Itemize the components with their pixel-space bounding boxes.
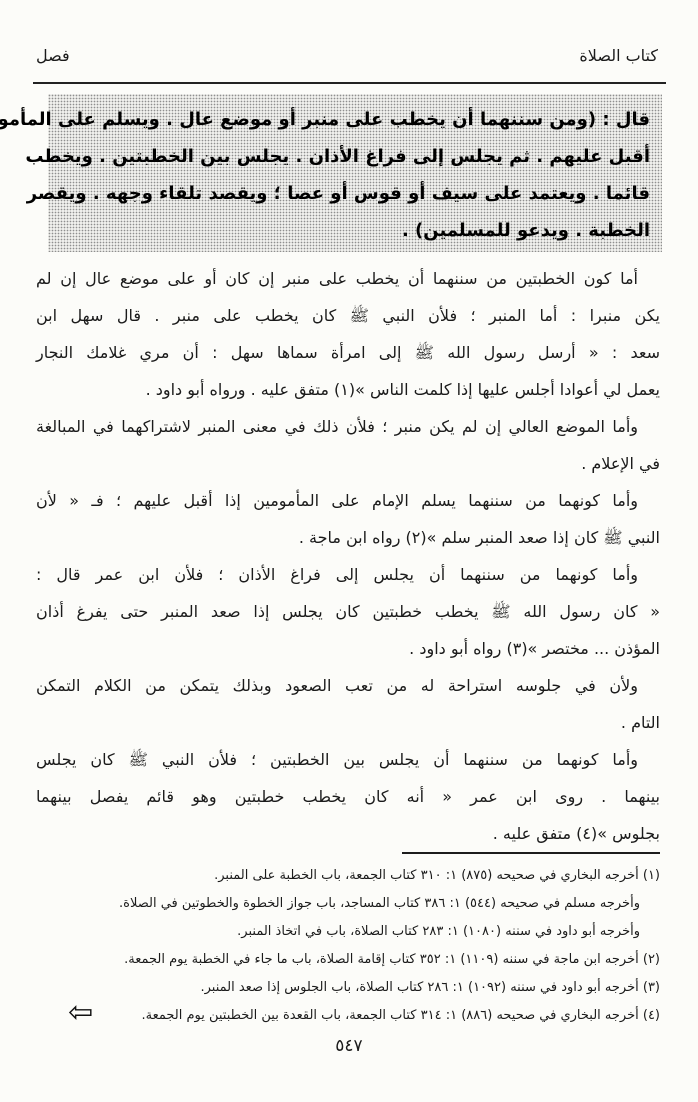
body-line: وأما كونهما من سننهما يسلم الإمام على ال…: [36, 482, 660, 519]
page-header: كتاب الصلاة فصل: [36, 46, 658, 65]
footnote-line: (٣) أخرجه أبو داود في سننه (١٠٩٢) ١: ٢٨٦…: [36, 974, 660, 1002]
book-title: كتاب الصلاة: [579, 46, 658, 65]
footnote-separator: [402, 852, 660, 854]
body-line: النبي ﷺ كان إذا صعد المنبر سلم »(٢) رواه…: [36, 519, 660, 556]
footnote-line: (٢) أخرجه ابن ماجة في سننه (١١٠٩) ١: ٣٥٢…: [36, 946, 660, 974]
commentary-text: أما كون الخطبتين من سننهما أن يخطب على م…: [36, 260, 660, 852]
footnote-line: وأخرجه مسلم في صحيحه (٥٤٤) ١: ٣٨٦ كتاب ا…: [36, 890, 660, 918]
body-line: بجلوس »(٤) متفق عليه .: [36, 815, 660, 852]
body-line: التام .: [36, 704, 660, 741]
body-line: المؤذن ... مختصر »(٣) رواه أبو داود .: [36, 630, 660, 667]
body-line: « كان رسول الله ﷺ يخطب خطبتين كان يجلس إ…: [36, 593, 660, 630]
matn-line: قائما . ويعتمد على سيف أو قوس أو عصا ؛ و…: [60, 175, 650, 212]
footnote-line: (٤) أخرجه البخاري في صحيحه (٨٨٦) ١: ٣١٤ …: [36, 1002, 660, 1030]
body-line: يعمل لي أعوادا أجلس عليها إذا كلمت الناس…: [36, 371, 660, 408]
matn-line: قال : (ومن سننهما أن يخطب على منبر أو مو…: [60, 101, 650, 138]
body-line: سعد : « أرسل رسول الله ﷺ إلى امرأة سماها…: [36, 334, 660, 371]
body-line: في الإعلام .: [36, 445, 660, 482]
matn-line: أقبل عليهم . ثم يجلس إلى فراغ الأذان . ي…: [60, 138, 650, 175]
body-line: وأما الموضع العالي إن لم يكن منبر ؛ فلأن…: [36, 408, 660, 445]
footnote-line: وأخرجه أبو داود في سننه (١٠٨٠) ١: ٢٨٣ كت…: [36, 918, 660, 946]
header-rule: [33, 82, 666, 84]
body-line: وأما كونهما من سننهما أن يجلس إلى فراغ ا…: [36, 556, 660, 593]
body-line: وأما كونهما من سننهما أن يجلس بين الخطبت…: [36, 741, 660, 778]
matn-line: الخطبة . ويدعو للمسلمين) .: [60, 212, 650, 249]
body-line: يكن منبرا : أما المنبر ؛ فلأن النبي ﷺ كا…: [36, 297, 660, 334]
back-arrow-icon: ⇦: [68, 998, 93, 1028]
book-page: كتاب الصلاة فصل قال : (ومن سننهما أن يخط…: [0, 0, 698, 1102]
body-line: أما كون الخطبتين من سننهما أن يخطب على م…: [36, 260, 660, 297]
matn-box: قال : (ومن سننهما أن يخطب على منبر أو مو…: [48, 94, 662, 252]
footnote-line: (١) أخرجه البخاري في صحيحه (٨٧٥) ١: ٣١٠ …: [36, 862, 660, 890]
body-line: بينهما . روى ابن عمر « أنه كان يخطب خطبت…: [36, 778, 660, 815]
body-line: ولأن في جلوسه استراحة له من تعب الصعود و…: [36, 667, 660, 704]
footnotes: (١) أخرجه البخاري في صحيحه (٨٧٥) ١: ٣١٠ …: [36, 862, 660, 1030]
page-number: ٥٤٧: [0, 1036, 698, 1056]
section-title: فصل: [36, 46, 70, 65]
